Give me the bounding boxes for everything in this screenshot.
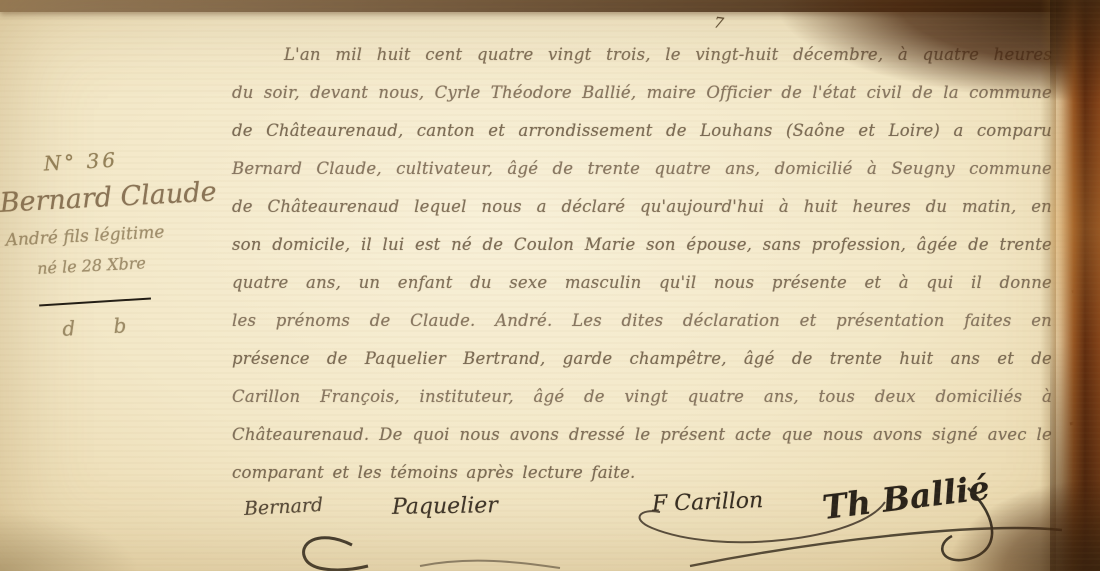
next-entry-partial-letters [420, 561, 560, 568]
body-line: les prénoms de Claude. André. Les dites … [232, 302, 1052, 340]
act-body-text: L'an mil huit cent quatre vingt trois, l… [232, 36, 1052, 492]
next-entry-capital-flourish [304, 538, 368, 570]
body-line: présence de Paquelier Bertrand, garde ch… [232, 340, 1052, 378]
margin-note-legitimate: André fils légitime [0, 219, 225, 251]
book-corner-shadow-bottomright [950, 481, 1100, 571]
margin-annotations: N° 36 Bernard Claude André fils légitime… [0, 142, 230, 344]
signature-carillon: F Carillon [652, 488, 764, 517]
folio-mark: 7 [713, 13, 725, 32]
body-line: de Châteaurenaud lequel nous a déclaré q… [232, 188, 1052, 226]
signature-bernard: Bernard [243, 494, 323, 520]
signature-paquelier: Paquelier [392, 493, 498, 520]
body-line: Carillon François, instituteur, âgé de v… [232, 378, 1052, 416]
margin-child-surname: Bernard Claude [0, 176, 223, 219]
body-line: quatre ans, un enfant du sexe masculin q… [232, 264, 1052, 302]
margin-note-birthdate: né le 28 Xbre [1, 249, 227, 280]
page-shadow-bottomleft [0, 511, 140, 571]
register-page-scan: N° 36 Bernard Claude André fils légitime… [0, 0, 1100, 571]
act-number: N° 36 [0, 142, 221, 178]
margin-divider-rule [39, 297, 151, 306]
body-line: de Châteaurenaud, canton et arrondisseme… [232, 112, 1052, 150]
body-line: Châteaurenaud. De quoi nous avons dressé… [232, 416, 1052, 454]
body-line: Bernard Claude, cultivateur, âgé de tren… [232, 150, 1052, 188]
margin-paraph-initials: d b [4, 308, 230, 344]
body-line: son domicile, il lui est né de Coulon Ma… [232, 226, 1052, 264]
